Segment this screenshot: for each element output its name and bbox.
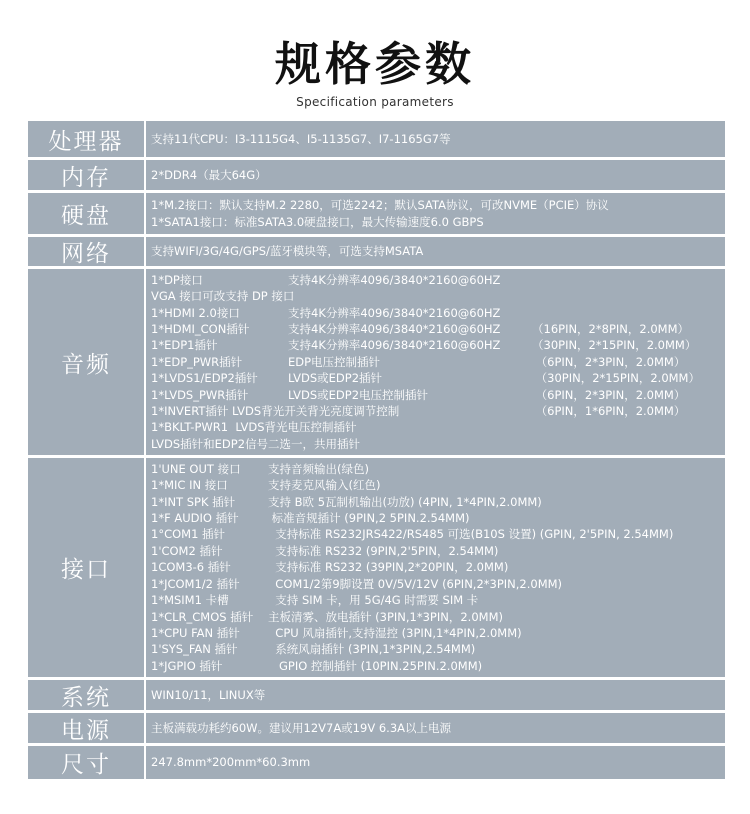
port-name: 1*EDP_PWR插针 bbox=[151, 354, 288, 370]
spec-label: 网络 bbox=[28, 237, 144, 266]
port-name: 1*JGPIO 插针 bbox=[151, 658, 268, 674]
spec-row-cpu: 处理器 支持11代CPU：I3-1115G4、I5-1135G7、I7-1165… bbox=[28, 121, 725, 157]
port-desc: 支持4K分辨率4096/3840*2160@60HZ bbox=[288, 305, 532, 321]
port-name: 1*INVERT插针 LVDS背光开关背光亮度调节控制 bbox=[151, 403, 532, 419]
spec-value-line: 1*M.2接口：默认支持M.2 2280，可选2242；默认SATA协议，可改N… bbox=[151, 197, 719, 213]
port-name: 1*DP接口 bbox=[151, 272, 288, 288]
spec-value: 主板满载功耗约60W。建议用12V7A或19V 6.3A以上电源 bbox=[151, 720, 719, 736]
port-desc: CPU 风扇插针,支持湿控 (3PIN,1*4PIN,2.0MM) bbox=[268, 625, 522, 641]
port-desc: 支持 SIM 卡，用 5G/4G 时需要 SIM 卡 bbox=[268, 592, 478, 608]
port-desc: 支持音频输出(绿色) bbox=[268, 461, 369, 477]
spec-note: 1*BKLT-PWR1 LVDS背光电压控制插针 bbox=[151, 419, 719, 435]
port-pin: （30PIN，2*15PIN，2.0MM） bbox=[532, 370, 700, 386]
port-name: 1*EDP1插针 bbox=[151, 337, 288, 353]
spec-label: 接口 bbox=[28, 458, 144, 677]
port-name: 1'UNE OUT 接口 bbox=[151, 461, 268, 477]
spec-label: 尺寸 bbox=[28, 746, 144, 779]
spec-row-network: 网络 支持WIFI/3G/4G/GPS/蓝牙模块等，可选支持MSATA bbox=[28, 237, 725, 266]
spec-label: 处理器 bbox=[28, 121, 144, 157]
port-desc: 标准音规插计 (9PIN,2 5PIN.2.54MM) bbox=[268, 510, 470, 526]
port-desc: EDP电压控制插针 bbox=[288, 354, 532, 370]
port-desc: 支持 B欧 5瓦制机输出(功放) (4PIN, 1*4PIN,2.0MM) bbox=[268, 494, 542, 510]
port-name: 1*MIC IN 接口 bbox=[151, 477, 268, 493]
port-pin: （16PIN，2*8PIN，2.0MM） bbox=[532, 321, 689, 337]
port-desc: 支持4K分辨率4096/3840*2160@60HZ bbox=[288, 272, 532, 288]
port-desc: 支持标准 RS232 (9PIN,2'5PIN，2.54MM) bbox=[268, 543, 498, 559]
spec-table: 处理器 支持11代CPU：I3-1115G4、I5-1135G7、I7-1165… bbox=[28, 121, 725, 782]
spec-label: 电源 bbox=[28, 713, 144, 743]
port-desc: 支持麦克风输入(红色) bbox=[268, 477, 380, 493]
spec-value-line: 1*SATA1接口：标准SATA3.0硬盘接口，最大传输速度6.0 GBPS bbox=[151, 214, 719, 230]
port-desc: LVDS或EDP2电压控制插针 bbox=[288, 387, 532, 403]
port-name: 1*F AUDIO 插针 bbox=[151, 510, 268, 526]
port-desc: 主板清雾、放电插针 (3PIN,1*3PIN，2.0MM) bbox=[268, 609, 503, 625]
port-name: 1*INT SPK 插针 bbox=[151, 494, 268, 510]
port-pin: （6PIN，2*3PIN，2.0MM） bbox=[532, 354, 685, 370]
port-name: 1°COM1 插针 bbox=[151, 526, 268, 542]
port-name: 1*JCOM1/2 插针 bbox=[151, 576, 268, 592]
port-name: 1'SYS_FAN 插针 bbox=[151, 641, 268, 657]
port-name: 1*LVDS_PWR插针 bbox=[151, 387, 288, 403]
spec-label: 音频 bbox=[28, 269, 144, 455]
port-name: 1*CPU FAN 插针 bbox=[151, 625, 268, 641]
port-name: 1*CLR_CMOS 插针 bbox=[151, 609, 268, 625]
port-name: 1*HDMI 2.0接口 bbox=[151, 305, 288, 321]
page-subtitle: Specification parameters bbox=[0, 95, 750, 109]
spec-row-memory: 内存 2*DDR4（最大64G） bbox=[28, 160, 725, 190]
port-pin: （6PIN，1*6PIN，2.0MM） bbox=[532, 403, 685, 419]
port-pin: （6PIN，2*3PIN，2.0MM） bbox=[532, 387, 685, 403]
spec-value: WIN10/11，LINUX等 bbox=[151, 687, 719, 703]
spec-note: VGA 接口可改支持 DP 接口 bbox=[151, 288, 719, 304]
port-desc: GPIO 控制插针 (10PIN.25PIN.2.0MM) bbox=[268, 658, 482, 674]
port-desc: 支持4K分辨率4096/3840*2160@60HZ bbox=[288, 321, 532, 337]
port-desc: LVDS或EDP2插针 bbox=[288, 370, 532, 386]
spec-row-power: 电源 主板满载功耗约60W。建议用12V7A或19V 6.3A以上电源 bbox=[28, 713, 725, 743]
port-desc: 支持标准 RS232 (39PIN,2*20PIN，2.0MM) bbox=[268, 559, 508, 575]
spec-row-os: 系统 WIN10/11，LINUX等 bbox=[28, 680, 725, 710]
spec-label: 硬盘 bbox=[28, 193, 144, 234]
spec-row-storage: 硬盘 1*M.2接口：默认支持M.2 2280，可选2242；默认SATA协议，… bbox=[28, 193, 725, 234]
port-desc: 支持4K分辨率4096/3840*2160@60HZ bbox=[288, 337, 532, 353]
port-desc: COM1/2第9脚设置 0V/5V/12V (6PIN,2*3PIN,2.0MM… bbox=[268, 576, 562, 592]
spec-value: 支持WIFI/3G/4G/GPS/蓝牙模块等，可选支持MSATA bbox=[151, 243, 719, 259]
port-name: 1*LVDS1/EDP2插针 bbox=[151, 370, 288, 386]
spec-value: 2*DDR4（最大64G） bbox=[151, 167, 719, 183]
port-name: 1COM3-6 插针 bbox=[151, 559, 268, 575]
port-name: 1'COM2 插针 bbox=[151, 543, 268, 559]
port-name: 1*HDMI_CON插针 bbox=[151, 321, 288, 337]
spec-note: LVDS插针和EDP2信号二选一，共用插针 bbox=[151, 436, 719, 452]
spec-label: 内存 bbox=[28, 160, 144, 190]
port-desc: 系统风扇插针 (3PIN,1*3PIN,2.54MM) bbox=[268, 641, 475, 657]
spec-row-display: 音频 1*DP接口支持4K分辨率4096/3840*2160@60HZ VGA … bbox=[28, 269, 725, 455]
spec-row-interfaces: 接口 1'UNE OUT 接口支持音频输出(绿色) 1*MIC IN 接口支持麦… bbox=[28, 458, 725, 677]
spec-value: 支持11代CPU：I3-1115G4、I5-1135G7、I7-1165G7等 bbox=[151, 131, 719, 147]
spec-label: 系统 bbox=[28, 680, 144, 710]
spec-row-size: 尺寸 247.8mm*200mm*60.3mm bbox=[28, 746, 725, 779]
port-desc: 支持标准 RS232JRS422/RS485 可选(B10S 设置) (GPIN… bbox=[268, 526, 673, 542]
port-name: 1*MSIM1 卡槽 bbox=[151, 592, 268, 608]
port-pin: （30PIN，2*15PIN，2.0MM） bbox=[532, 337, 696, 353]
page-title: 规格参数 bbox=[0, 34, 750, 94]
spec-value: 247.8mm*200mm*60.3mm bbox=[151, 754, 719, 770]
